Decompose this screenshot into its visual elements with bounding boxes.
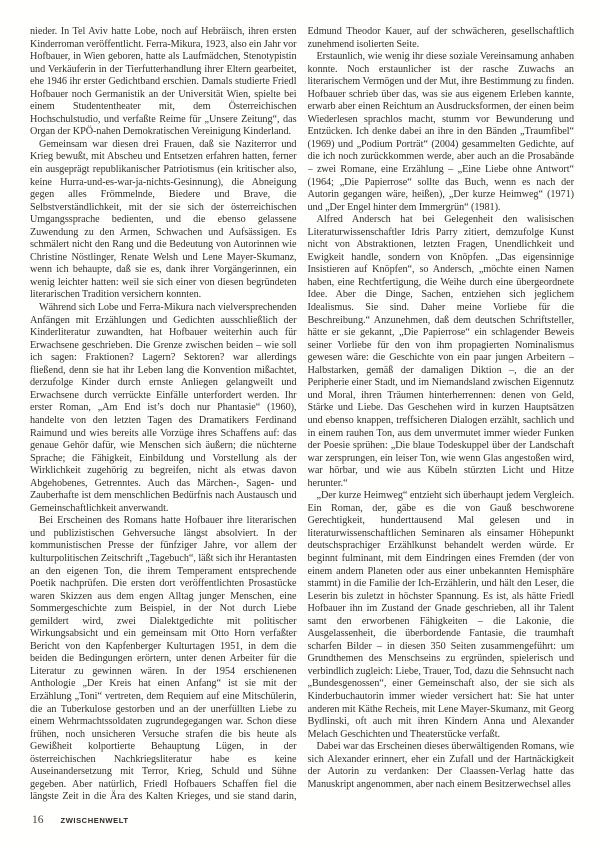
paragraph: Dabei war das Erscheinen dieses überwält…	[308, 741, 575, 791]
page-number: 16	[32, 814, 44, 826]
paragraph: Edmund Theodor Kauer, auf der schwächere…	[308, 26, 575, 51]
paragraph: Gemeinsam war diesen drei Frauen, daß si…	[30, 139, 297, 302]
paragraph: Alfred Andersch hat bei Gelegenheit den …	[308, 214, 575, 490]
journal-name: ZWISCHENWELT	[61, 816, 129, 825]
article-body: nieder. In Tel Aviv hatte Lobe, noch auf…	[30, 26, 574, 802]
paragraph: nieder. In Tel Aviv hatte Lobe, noch auf…	[30, 26, 297, 139]
paragraph: „Der kurze Heimweg“ entzieht sich überha…	[308, 490, 575, 741]
paragraph: Bei Erscheinen des Romans hatte Hofbauer…	[30, 515, 297, 802]
text-column-right: Edmund Theodor Kauer, auf der schwächere…	[308, 26, 575, 802]
page-footer: 16 ZWISCHENWELT	[32, 814, 129, 826]
paragraph: Während sich Lobe und Ferra-Mikura nach …	[30, 302, 297, 515]
paragraph: Erstaunlich, wie wenig ihr diese soziale…	[308, 51, 575, 214]
magazine-page: nieder. In Tel Aviv hatte Lobe, noch auf…	[0, 0, 600, 849]
text-column-left: nieder. In Tel Aviv hatte Lobe, noch auf…	[30, 26, 297, 802]
